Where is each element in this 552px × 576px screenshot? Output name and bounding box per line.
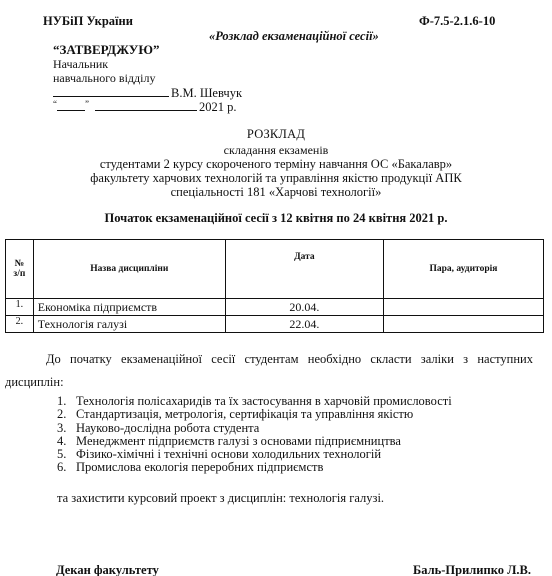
row-date: 22.04.: [225, 316, 383, 333]
header-number-line1: №: [10, 259, 29, 269]
row-date: 20.04.: [225, 299, 383, 316]
credit-disciplines-list: 1.Технологія полісахаридів та їх застосу…: [57, 395, 452, 475]
exam-schedule-table: № з/п Назва дисципліни Дата Пара, аудито…: [5, 239, 544, 333]
list-item-number: 3.: [57, 422, 76, 435]
dean-name: Баль-Прилипко Л.В.: [413, 563, 531, 576]
table-row: 1. Економіка підприємств 20.04.: [6, 299, 544, 316]
list-item-name: Технологія полісахаридів та їх застосува…: [76, 394, 452, 408]
document-subtitle-3: факультету харчових технологій та управл…: [0, 171, 552, 186]
list-item: 1.Технологія полісахаридів та їх застосу…: [57, 395, 452, 408]
list-item: 5.Фізико-хімічні і технічні основи холод…: [57, 448, 452, 461]
approval-role-line1: Начальник: [53, 57, 108, 72]
row-discipline: Технологія галузі: [33, 316, 225, 333]
row-number: 2.: [6, 316, 34, 333]
list-item: 4.Менеджмент підприємств галузі з основа…: [57, 435, 452, 448]
header-date: Дата: [225, 240, 383, 299]
header-number: № з/п: [6, 240, 34, 299]
list-item-number: 1.: [57, 395, 76, 408]
credits-intro: До початку екзаменаційної сесії студента…: [5, 352, 533, 367]
approval-year: 2021 р.: [199, 100, 237, 114]
list-item-number: 2.: [57, 408, 76, 421]
list-item-name: Стандартизація, метрологія, сертифікація…: [76, 407, 413, 421]
list-item-number: 6.: [57, 461, 76, 474]
form-title: «Розклад екзаменаційної сесії»: [209, 29, 379, 44]
row-slot: [383, 316, 543, 333]
list-item: 3.Науково-дослідна робота студента: [57, 422, 452, 435]
list-item-name: Промислова екологія переробних підприємс…: [76, 460, 323, 474]
approval-role-line2: навчального відділу: [53, 71, 155, 86]
course-project-note: та захистити курсовий проект з дисциплін…: [57, 491, 384, 506]
list-item: 2.Стандартизація, метрологія, сертифікац…: [57, 408, 452, 421]
list-item: 6.Промислова екологія переробних підприє…: [57, 461, 452, 474]
day-blank: [57, 99, 85, 111]
approval-date-line: “”2021 р.: [53, 99, 237, 115]
approval-stamp: “ЗАТВЕРДЖУЮ”: [53, 42, 159, 58]
list-item-name: Фізико-хімічні і технічні основи холодил…: [76, 447, 381, 461]
header-number-line2: з/п: [10, 269, 29, 279]
document-subtitle-4: спеціальності 181 «Харчові технології»: [0, 185, 552, 200]
document-subtitle-2: студентами 2 курсу скороченого терміну н…: [0, 157, 552, 172]
row-slot: [383, 299, 543, 316]
table-row: 2. Технологія галузі 22.04.: [6, 316, 544, 333]
list-item-number: 4.: [57, 435, 76, 448]
list-item-name: Науково-дослідна робота студента: [76, 421, 259, 435]
credits-intro-continued: дисциплін:: [5, 375, 64, 390]
list-item-number: 5.: [57, 448, 76, 461]
signature-blank: [53, 85, 169, 97]
row-number: 1.: [6, 299, 34, 316]
document-subtitle-1: складання екзаменів: [0, 143, 552, 158]
approval-signatory: В.М. Шевчук: [171, 86, 242, 100]
form-code: Ф-7.5-2.1.6-10: [419, 14, 495, 29]
table-header-row: № з/п Назва дисципліни Дата Пара, аудито…: [6, 240, 544, 299]
organization-name: НУБіП України: [43, 14, 133, 29]
session-dates: Початок екзаменаційної сесії з 12 квітня…: [0, 211, 552, 226]
dean-label: Декан факультету: [56, 563, 159, 576]
document-title: РОЗКЛАД: [0, 127, 552, 142]
row-discipline: Економіка підприємств: [33, 299, 225, 316]
list-item-name: Менеджмент підприємств галузі з основами…: [76, 434, 401, 448]
header-slot: Пара, аудиторія: [383, 240, 543, 299]
close-quote: ”: [85, 99, 89, 109]
header-discipline: Назва дисципліни: [33, 240, 225, 299]
month-blank: [95, 99, 197, 111]
